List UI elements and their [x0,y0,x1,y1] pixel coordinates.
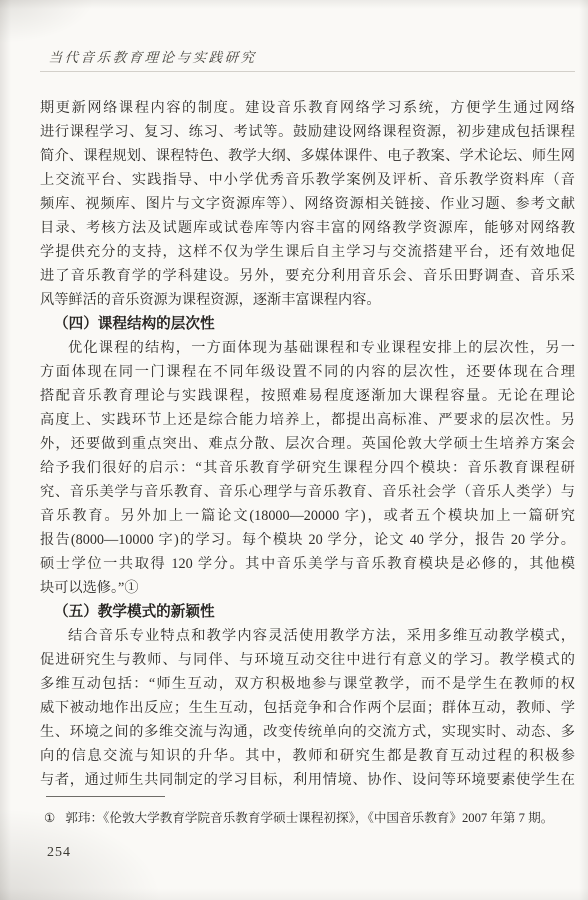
text-line: 音乐教育。另外加上一篇论文(18000—20000 字)，或者五个模块加上一篇研… [40,504,575,528]
page-number: 254 [47,845,71,861]
text-line: 进了音乐教育学的学科建设。另外，要充分利用音乐会、音乐田野调查、音乐采 [40,264,575,288]
text-line: 硕士学位一共取得 120 学分。其中音乐美学与音乐教育模块是必修的，其他模 [40,552,575,576]
footnote: ①郭玮：《伦敦大学教育学院音乐教育学硕士课程初探》，《中国音乐教育》2007 年… [44,809,571,828]
text-line: 促进研究生与教师、与同伴、与环境互动交往中进行有意义的学习。教学模式的 [40,648,575,672]
text-line: 目录、考核方法及试题库或试卷库等内容丰富的网络教学资源库，能够对网络教 [40,216,575,240]
text-line: 威下被动地作出反应；生生互动，包括竞争和合作两个层面；群体互动，教师、学 [40,696,575,720]
footnote-marker: ① [44,811,55,825]
text-line: 结合音乐专业特点和教学内容灵活使用教学方法，采用多维互动教学模式， [40,624,575,648]
text-line: 风等鲜活的音乐资源为课程资源，逐渐丰富课程内容。 [40,288,575,312]
text-line: 期更新网络课程内容的制度。建设音乐教育网络学习系统，方便学生通过网络 [40,96,575,120]
text-line: 高度上、实践环节上还是综合能力培养上，都提出高标准、严要求的层次性。另 [40,408,575,432]
text-line: 简介、课程规划、课程特色、教学大纲、多媒体课件、电子教案、学术论坛、师生网 [40,144,575,168]
text-line: 向的信息交流与知识的升华。其中，教师和研究生都是教育互动过程的积极参 [40,744,575,768]
footnote-text: 郭玮：《伦敦大学教育学院音乐教育学硕士课程初探》，《中国音乐教育》2007 年第… [65,811,553,825]
text-line: 方面体现在同一门课程在不同年级设置不同的内容的层次性，还要体现在合理 [40,360,575,384]
running-header-title: 当代音乐教育理论与实践研究 [48,48,576,68]
section-heading: （四）课程结构的层次性 [40,312,575,336]
text-line: 优化课程的结构，一方面体现为基础课程和专业课程安排上的层次性，另一 [40,336,575,360]
text-line: 外，还要做到重点突出、难点分散、层次合理。英国伦敦大学硕士生培养方案会 [40,432,575,456]
text-line: 生、环境之间的多维交流与沟通，改变传统单向的交流方式，实现实时、动态、多 [40,720,575,744]
section-heading: （五）教学模式的新颖性 [40,600,575,624]
text-line: 上交流平台、实践指导、中小学优秀音乐教学案例及评析、音乐教学资料库（音 [40,168,575,192]
header-rule [40,71,575,72]
text-line: 进行课程学习、复习、练习、考试等。鼓励建设网络课程资源，初步建成包括课程 [40,120,575,144]
text-line: 频库、视频库、图片与文字资源库等）、网络资源相关链接、作业习题、参考文献 [40,192,575,216]
text-line: 块可以选修。”① [40,576,575,600]
text-line: 多维互动包括：“师生互动，双方积极地参与课堂教学，而不是学生在教师的权 [40,672,575,696]
footnote-separator [46,796,165,797]
text-line: 学提供充分的支持，这样不仅为学生课后自主学习与交流搭建平台，还有效地促 [40,240,575,264]
page-body: 期更新网络课程内容的制度。建设音乐教育网络学习系统，方便学生通过网络进行课程学习… [40,96,575,792]
text-line: 搭配音乐教育理论与实践课程，按照难易程度逐渐加大课程容量。无论在理论 [40,384,575,408]
scanned-book-page: { "page": { "header": { "title": "当代音乐教育… [0,0,588,900]
text-line: 与者，通过师生共同制定的学习目标，利用情境、协作、设问等环境要素使学生在 [40,768,575,792]
text-line: 究、音乐美学与音乐教育、音乐心理学与音乐教育、音乐社会学（音乐人类学）与 [40,480,575,504]
text-line: 给予我们很好的启示：“其音乐教育学研究生课程分四个模块：音乐教育课程研 [40,456,575,480]
text-line: 报告(8000—10000 字)的学习。每个模块 20 学分，论文 40 学分，… [40,528,575,552]
